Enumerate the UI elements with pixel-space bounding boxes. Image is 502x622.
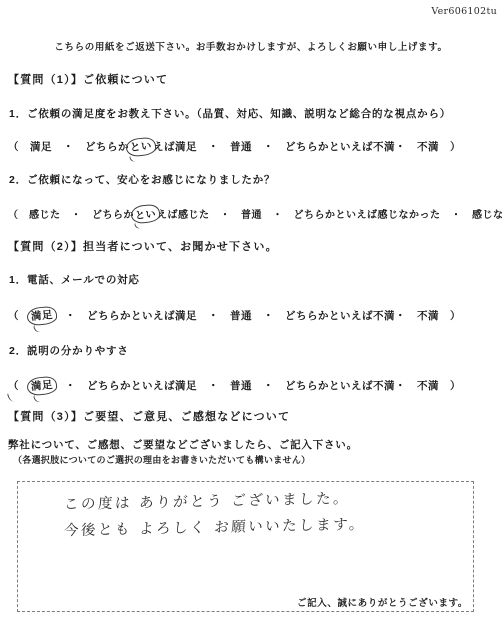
q2-item1-answer-circle: 満足 — [26, 306, 57, 327]
completion-thanks-text: ご記入、誠にありがとうございます。 — [297, 595, 468, 609]
section-q1-title: 【質問（1）】ご依頼について — [8, 71, 168, 87]
q3-lead-text: 弊社について、ご感想、ご要望などございましたら、ご記入下さい。 — [8, 437, 358, 452]
q1-item1-options: （ 満足 ・ どちらかといえば満足 ・ 普通 ・ どちらかといえば不満・ 不満 … — [8, 138, 461, 156]
q1-item1-options-post: えば満足 ・ 普通 ・ どちらかといえば不満・ 不満 ） — [153, 141, 461, 153]
handwritten-comment-line2: 今後とも よろしく お願いいたします。 — [64, 513, 367, 540]
q2-item2-label: 2．説明の分かりやすさ — [9, 343, 129, 358]
q2-item2-options-post: ・ どちらかといえば満足 ・ 普通 ・ どちらかといえば不満・ 不満 ） — [54, 380, 461, 392]
q1-item2-options-pre: （ 感じた ・ どちらか — [8, 210, 134, 221]
q2-item1-label: 1．電話、メールでの対応 — [9, 272, 140, 287]
q1-item1-label: 1．ご依頼の満足度をお教え下さい。（品質、対応、知識、説明など総合的な視点から） — [9, 106, 451, 121]
q2-item1-options: （ 満足 ・ どちらかといえば満足 ・ 普通 ・ どちらかといえば不満・ 不満 … — [8, 307, 461, 325]
q1-item1-options-pre: （ 満足 ・ どちらか — [8, 141, 129, 153]
q1-item2-options: （ 感じた ・ どちらかといえば感じた ・ 普通 ・ どちらかといえば感じなかっ… — [8, 205, 502, 223]
q2-item2-answer-circle: 満足 — [26, 376, 57, 397]
handwritten-comment-line1: この度は ありがとう ございました。 — [64, 487, 351, 514]
q2-item1-options-post: ・ どちらかといえば満足 ・ 普通 ・ どちらかといえば不満・ 不満 ） — [54, 310, 461, 322]
q3-note-text: （各選択肢についてのご選択の理由をお書きいただいても構いません） — [13, 453, 310, 466]
q1-item2-label: 2．ご依頼になって、安心をお感じになりましたか？ — [9, 172, 275, 187]
form-version-code: Ver606102tu — [431, 6, 497, 17]
q2-item2-options: （ 満足 ・ どちらかといえば満足 ・ 普通 ・ どちらかといえば不満・ 不満 … — [8, 377, 461, 395]
q1-item2-circled-text: とい — [135, 209, 157, 222]
q2-item1-circled-text: 満足 — [31, 309, 54, 323]
q1-item1-answer-circle: とい — [125, 137, 156, 158]
q1-item2-answer-circle: とい — [130, 204, 160, 224]
scanned-survey-form: Ver606102tu こちらの用紙をご返送下さい。お手数おかけしますが、よろし… — [0, 0, 502, 622]
comment-entry-box: この度は ありがとう ございました。 今後とも よろしく お願いいたします。 ご… — [17, 481, 474, 612]
section-q2-title: 【質問（2）】担当者について、お聞かせ下さい。 — [8, 238, 278, 254]
return-instruction-text: こちらの用紙をご返送下さい。お手数おかけしますが、よろしくお願い申し上げます。 — [0, 39, 502, 53]
q1-item1-circled-text: とい — [130, 140, 153, 154]
q1-item2-options-post: えば感じた ・ 普通 ・ どちらかといえば感じなかった ・ 感じなかった ） — [157, 210, 502, 221]
section-q3-title: 【質問（3）】ご要望、ご意見、ご感想などについて — [8, 408, 290, 424]
q2-item2-circled-text: 満足 — [31, 379, 54, 393]
